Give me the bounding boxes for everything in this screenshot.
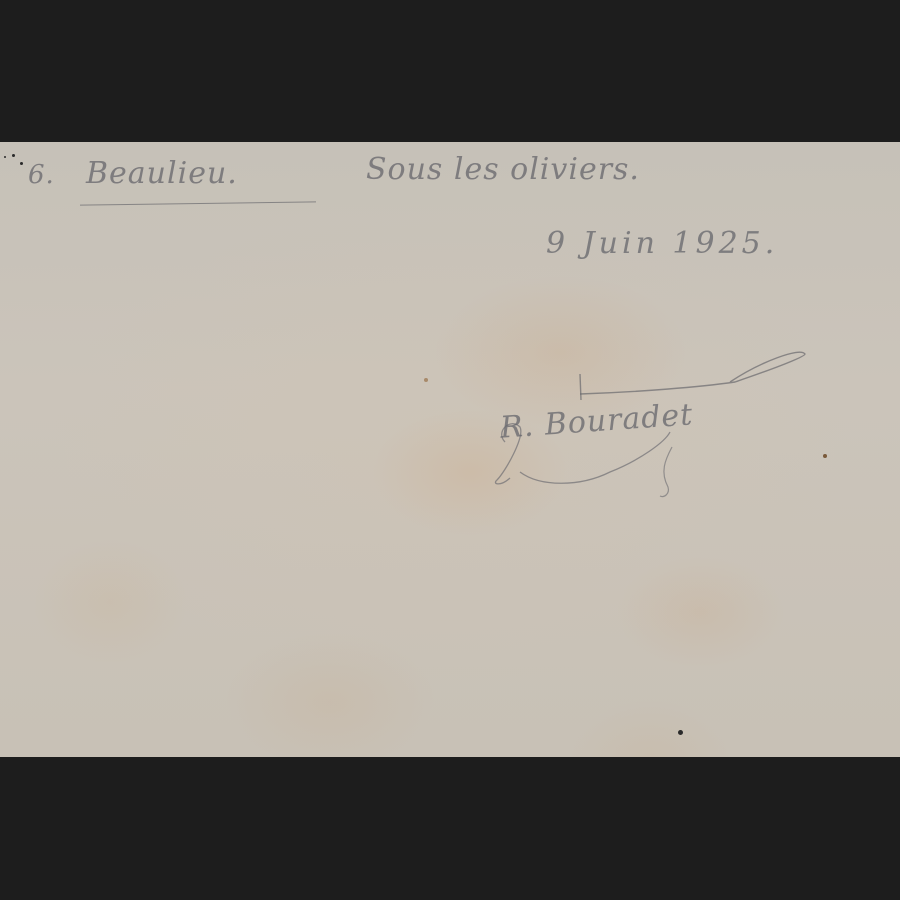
foxing-spot: [823, 454, 827, 458]
foxing-spot: [424, 378, 428, 382]
ink-dot: [20, 162, 23, 165]
ink-dot: [4, 156, 6, 158]
ink-dot: [12, 154, 15, 157]
photo-frame: 6. Beaulieu. Sous les oliviers. 9 Juin 1…: [0, 0, 900, 900]
ink-dot: [678, 730, 683, 735]
signature-flourish: [0, 142, 900, 757]
aged-paper-sheet: 6. Beaulieu. Sous les oliviers. 9 Juin 1…: [0, 142, 900, 757]
